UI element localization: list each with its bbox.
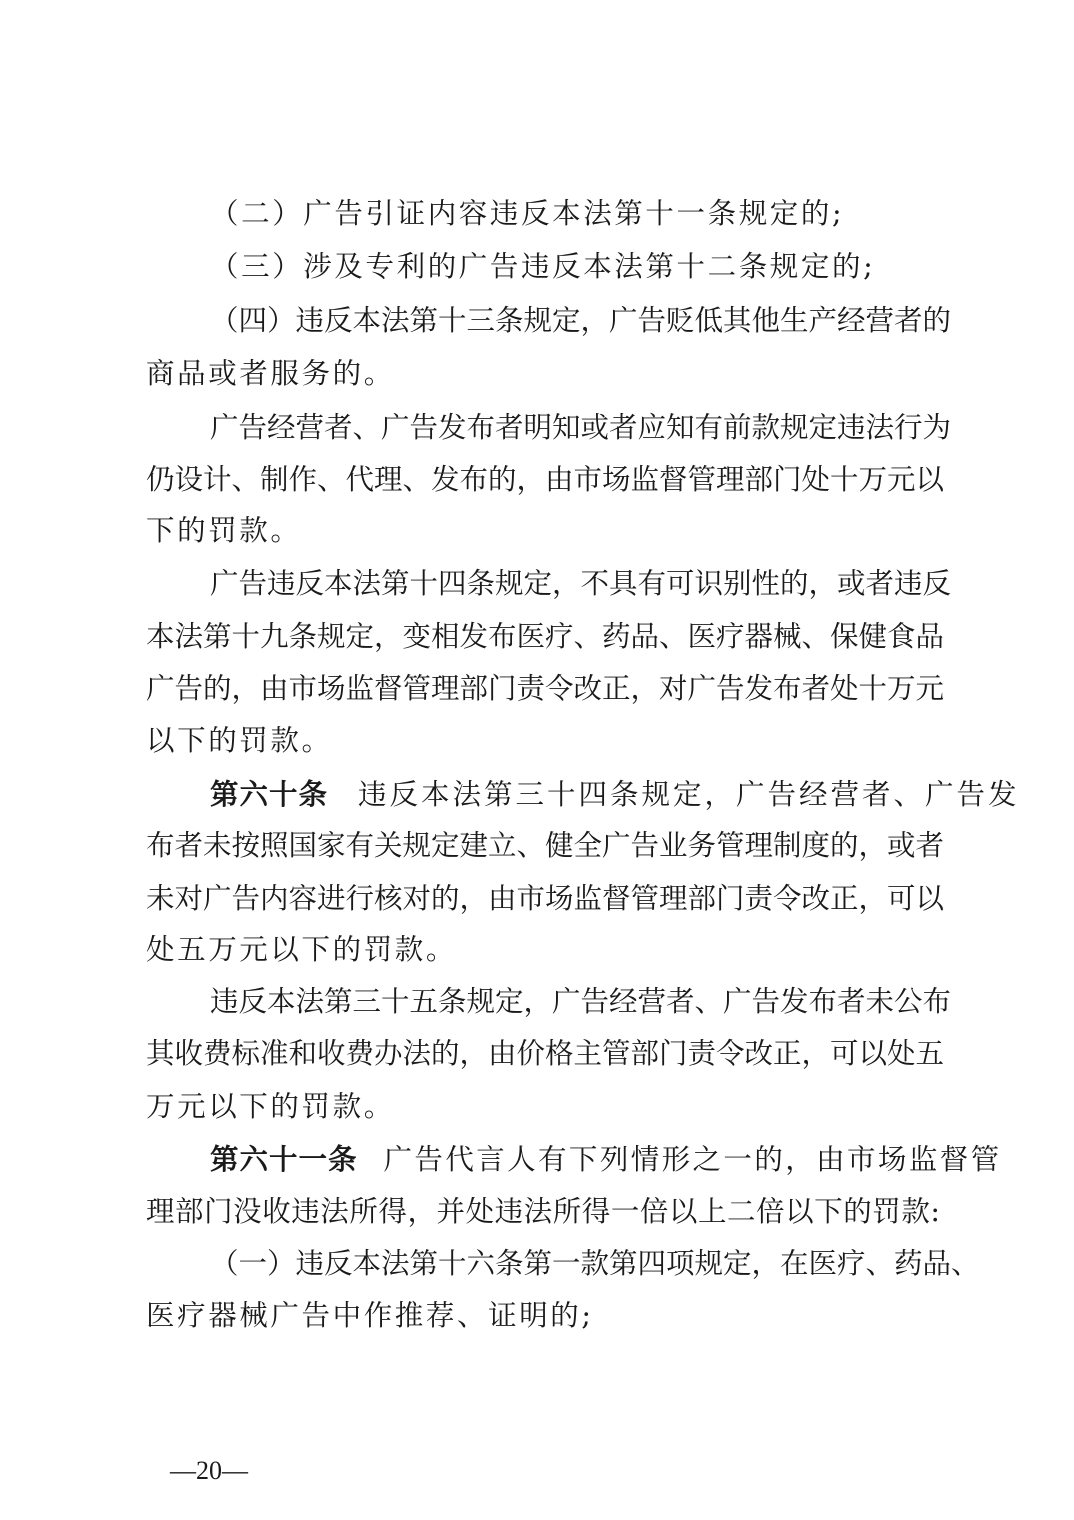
text-line-14: 未对广告内容进行核对的，由市场监督管理部门责令改正，可以 xyxy=(146,879,940,919)
text-line-2: （三）涉及专利的广告违反本法第十二条规定的; xyxy=(210,247,1010,287)
text-line-17: 其收费标准和收费办法的，由价格主管部门责令改正，可以处五 xyxy=(146,1034,940,1074)
text-line-7: 下的罚款。 xyxy=(146,511,946,551)
text-line-13: 布者未按照国家有关规定建立、健全广告业务管理制度的，或者 xyxy=(146,826,940,866)
text-line-11: 以下的罚款。 xyxy=(146,721,946,761)
text-line-8: 广告违反本法第十四条规定，不具有可识别性的，或者违反 xyxy=(210,564,940,604)
text-line-16: 违反本法第三十五条规定，广告经营者、广告发布者未公布 xyxy=(210,982,940,1022)
article-60-title: 第六十条 xyxy=(210,778,328,811)
text-line-22: 医疗器械广告中作推荐、证明的; xyxy=(146,1296,946,1336)
text-line-9: 本法第十九条规定，变相发布医疗、药品、医疗器械、保健食品 xyxy=(146,617,940,657)
article-61-heading-line: 第六十一条广告代言人有下列情形之一的，由市场监督管 xyxy=(210,1140,1010,1180)
text-line-1: （二）广告引证内容违反本法第十一条规定的; xyxy=(210,194,1010,234)
document-page: （二）广告引证内容违反本法第十一条规定的; （三）涉及专利的广告违反本法第十二条… xyxy=(0,0,1074,1520)
text-line-6: 仍设计、制作、代理、发布的，由市场监督管理部门处十万元以 xyxy=(146,460,940,500)
article-61-title: 第六十一条 xyxy=(210,1143,358,1176)
page-number: —20— xyxy=(170,1453,248,1489)
text-line-18: 万元以下的罚款。 xyxy=(146,1087,946,1127)
text-line-20: 理部门没收违法所得，并处违法所得一倍以上二倍以下的罚款: xyxy=(146,1192,940,1232)
text-line-10: 广告的，由市场监督管理部门责令改正，对广告发布者处十万元 xyxy=(146,669,940,709)
text-line-21: （一）违反本法第十六条第一款第四项规定，在医疗、药品、 xyxy=(210,1244,940,1284)
text-line-15: 处五万元以下的罚款。 xyxy=(146,930,946,970)
text-line-5: 广告经营者、广告发布者明知或者应知有前款规定违法行为 xyxy=(210,408,940,448)
text-line-3: （四）违反本法第十三条规定，广告贬低其他生产经营者的 xyxy=(210,301,940,341)
article-60-heading-line: 第六十条违反本法第三十四条规定，广告经营者、广告发 xyxy=(210,775,1010,815)
text-line-4: 商品或者服务的。 xyxy=(146,354,946,394)
